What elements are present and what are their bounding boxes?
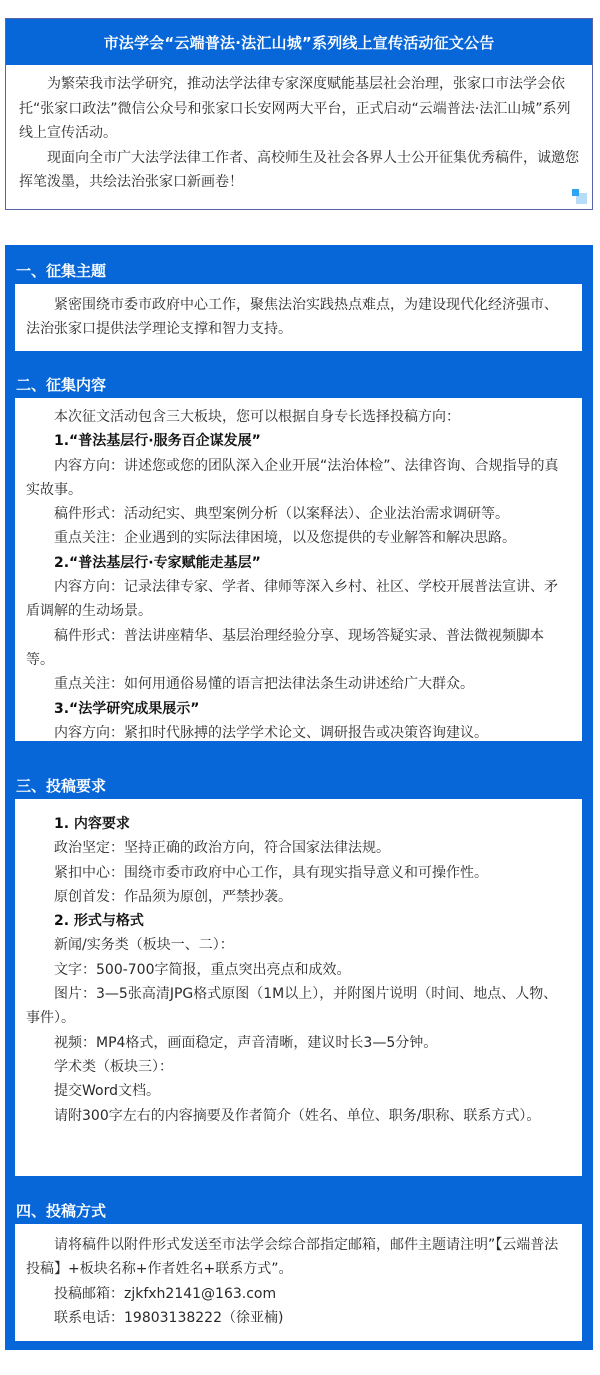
section-subheading: 1.“普法基层行·服务百企谋发展” bbox=[26, 429, 570, 453]
section-paragraph: 文字：500-700字简报，重点突出亮点和成效。 bbox=[26, 958, 570, 982]
intro-paragraph: 现面向全市广大法学法律工作者、高校师生及社会各界人士公开征集优秀稿件，诚邀您挥笔… bbox=[19, 146, 579, 195]
section-title-requirements: 三、投稿要求 bbox=[16, 776, 106, 796]
section-subheading: 2.“普法基层行·专家赋能走基层” bbox=[26, 551, 570, 575]
section-paragraph: 紧密围绕市委市政府中心工作，聚焦法治实践热点难点，为建设现代化经济强市、法治张家… bbox=[26, 293, 570, 342]
section-paragraph: 请将稿件以附件形式发送至市法学会综合部指定邮箱，邮件主题请注明”【云端普法投稿】… bbox=[26, 1233, 570, 1282]
section-card-theme: 紧密围绕市委市政府中心工作，聚焦法治实践热点难点，为建设现代化经济强市、法治张家… bbox=[15, 284, 582, 351]
section-paragraph: 新闻/实务类（板块一、二）： bbox=[26, 933, 570, 957]
contact-phone: 联系电话：19803138222（徐亚楠) bbox=[26, 1306, 570, 1330]
section-paragraph: 重点关注：如何用通俗易懂的语言把法律法条生动讲述给广大群众。 bbox=[26, 672, 570, 696]
section-paragraph: 政治坚定：坚持正确的政治方向，符合国家法律法规。 bbox=[26, 836, 570, 860]
intro-body: 为繁荣我市法学研究，推动法学法律专家深度赋能基层社会治理，张家口市法学会依托“张… bbox=[6, 65, 592, 195]
section-paragraph: 请附300字左右的内容摘要及作者简介（姓名、单位、职务/职称、联系方式）。 bbox=[26, 1104, 570, 1128]
section-paragraph: 稿件形式：普法讲座精华、基层治理经验分享、现场答疑实录、普法微视频脚本等。 bbox=[26, 624, 570, 673]
section-paragraph: 视频：MP4格式，画面稳定，声音清晰，建议时长3—5分钟。 bbox=[26, 1031, 570, 1055]
section-card-requirements: 1. 内容要求 政治坚定：坚持正确的政治方向，符合国家法律法规。 紧扣中心：围绕… bbox=[15, 799, 582, 1176]
section-paragraph: 重点关注：企业遇到的实际法律困境，以及您提供的专业解答和解决思路。 bbox=[26, 526, 570, 550]
section-title-content: 二、征集内容 bbox=[16, 375, 106, 395]
section-paragraph: 紧扣中心：围绕市委市政府中心工作，具有现实指导意义和可操作性。 bbox=[26, 861, 570, 885]
submission-email: 投稿邮箱：zjkfxh2141@163.com bbox=[26, 1282, 570, 1306]
section-paragraph: 内容方向：紧扣时代脉搏的法学学术论文、调研报告或决策咨询建议。 bbox=[26, 721, 570, 745]
section-card-submission: 请将稿件以附件形式发送至市法学会综合部指定邮箱，邮件主题请注明”【云端普法投稿】… bbox=[15, 1224, 582, 1341]
section-title-theme: 一、征集主题 bbox=[16, 261, 106, 281]
section-paragraph: 提交Word文档。 bbox=[26, 1079, 570, 1103]
section-subheading: 1. 内容要求 bbox=[26, 812, 570, 836]
sections-panel: 一、征集主题 紧密围绕市委市政府中心工作，聚焦法治实践热点难点，为建设现代化经济… bbox=[5, 245, 593, 1350]
announcement-intro-card: 市法学会“云端普法·法汇山城”系列线上宣传活动征文公告 为繁荣我市法学研究，推动… bbox=[5, 18, 593, 210]
section-paragraph: 稿件形式：活动纪实、典型案例分析（以案释法）、企业法治需求调研等。 bbox=[26, 502, 570, 526]
section-paragraph: 图片：3—5张高清JPG格式原图（1M以上），并附图片说明（时间、地点、人物、事… bbox=[26, 982, 570, 1031]
section-subheading: 3.“法学研究成果展示” bbox=[26, 697, 570, 721]
section-paragraph: 原创首发：作品须为原创，严禁抄袭。 bbox=[26, 885, 570, 909]
section-paragraph: 学术类（板块三）： bbox=[26, 1055, 570, 1079]
section-paragraph: 内容方向：记录法律专家、学者、律师等深入乡村、社区、学校开展普法宣讲、矛盾调解的… bbox=[26, 575, 570, 624]
corner-squares-icon bbox=[572, 189, 587, 204]
section-paragraph: 内容方向：讲述您或您的团队深入企业开展“法治体检”、法律咨询、合规指导的真实故事… bbox=[26, 454, 570, 503]
intro-paragraph: 为繁荣我市法学研究，推动法学法律专家深度赋能基层社会治理，张家口市法学会依托“张… bbox=[19, 72, 579, 146]
section-card-content: 本次征文活动包含三大板块，您可以根据自身专长选择投稿方向： 1.“普法基层行·服… bbox=[15, 398, 582, 741]
section-title-submission: 四、投稿方式 bbox=[16, 1201, 106, 1221]
announcement-title: 市法学会“云端普法·法汇山城”系列线上宣传活动征文公告 bbox=[6, 19, 592, 65]
section-paragraph: 本次征文活动包含三大板块，您可以根据自身专长选择投稿方向： bbox=[26, 405, 570, 429]
section-subheading: 2. 形式与格式 bbox=[26, 909, 570, 933]
